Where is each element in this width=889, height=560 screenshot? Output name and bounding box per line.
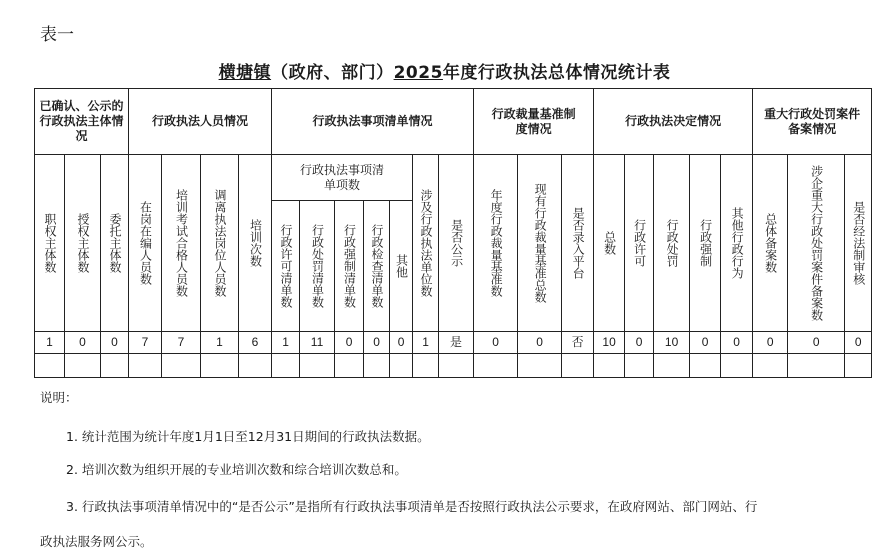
col-header: 涉企重大行政处罚案件备案数	[788, 155, 845, 332]
cell	[654, 354, 690, 378]
col-header: 总体备案数	[753, 155, 788, 332]
cell	[788, 354, 845, 378]
cell	[101, 354, 129, 378]
cell	[129, 354, 162, 378]
col-header: 其他	[390, 201, 413, 332]
cell: 是	[439, 332, 474, 354]
table-label: 表一	[40, 20, 74, 45]
note-item: 2. 培训次数为组织开展的专业培训次数和综合培训次数总和。	[66, 460, 407, 478]
group-enforcement-personnel: 行政执法人员情况	[129, 89, 272, 155]
col-header: 职权主体数	[35, 155, 65, 332]
notes-heading: 说明：	[40, 388, 78, 406]
cell: 1	[201, 332, 239, 354]
col-header: 培训考试合格人员数	[162, 155, 201, 332]
cell: 否	[562, 332, 594, 354]
cell: 10	[654, 332, 690, 354]
cell: 0	[335, 332, 364, 354]
document-title: 横塘镇（政府、部门）2025年度行政执法总体情况统计表	[0, 58, 889, 83]
col-header: 是否录入平台	[562, 155, 594, 332]
title-suffix: 年度行政执法总体情况统计表	[443, 63, 671, 83]
cell	[562, 354, 594, 378]
cell: 0	[721, 332, 753, 354]
group-enforcement-decisions: 行政执法决定情况	[594, 89, 753, 155]
col-header: 行政处罚	[654, 155, 690, 332]
cell	[364, 354, 390, 378]
col-header: 授权主体数	[65, 155, 101, 332]
cell: 0	[845, 332, 872, 354]
data-row: 1 0 0 7 7 1 6 1 11 0 0 0 1 是 0 0 否 10 0 …	[35, 332, 872, 354]
cell: 7	[162, 332, 201, 354]
group-major-penalty-filing: 重大行政处罚案件备案情况	[753, 89, 872, 155]
sub-header-row: 职权主体数 授权主体数 委托主体数 在岗在编人员数 培训考试合格人员数 调离执法…	[35, 155, 872, 201]
cell: 0	[474, 332, 518, 354]
cell	[413, 354, 439, 378]
cell: 0	[390, 332, 413, 354]
cell: 0	[753, 332, 788, 354]
col-header: 是否经法制审核	[845, 155, 872, 332]
col-header: 年度行政裁量基准数	[474, 155, 518, 332]
cell: 11	[300, 332, 335, 354]
cell: 0	[788, 332, 845, 354]
cell: 0	[518, 332, 562, 354]
cell: 0	[65, 332, 101, 354]
empty-row	[35, 354, 872, 378]
cell	[390, 354, 413, 378]
col-header: 现有行政裁量基准总数	[518, 155, 562, 332]
cell	[35, 354, 65, 378]
cell	[272, 354, 300, 378]
cell: 7	[129, 332, 162, 354]
cell	[300, 354, 335, 378]
cell: 0	[364, 332, 390, 354]
note-item: 政执法服务网公示。	[40, 532, 153, 550]
cell: 1	[35, 332, 65, 354]
col-header: 在岗在编人员数	[129, 155, 162, 332]
col-header: 行政强制清单数	[335, 201, 364, 332]
cell: 0	[690, 332, 721, 354]
cell	[594, 354, 625, 378]
col-header: 行政许可	[625, 155, 654, 332]
group-discretion-benchmark: 行政裁量基准制度情况	[474, 89, 594, 155]
col-header: 行政处罚清单数	[300, 201, 335, 332]
col-header: 委托主体数	[101, 155, 129, 332]
cell	[721, 354, 753, 378]
cell	[474, 354, 518, 378]
cell	[201, 354, 239, 378]
cell: 0	[101, 332, 129, 354]
cell	[690, 354, 721, 378]
col-header: 涉及行政执法单位数	[413, 155, 439, 332]
cell	[162, 354, 201, 378]
title-middle: （政府、部门）	[271, 63, 394, 83]
cell	[239, 354, 272, 378]
col-header: 其他行政行为	[721, 155, 753, 332]
cell	[439, 354, 474, 378]
group-header-row: 已确认、公示的行政执法主体情况 行政执法人员情况 行政执法事项清单情况 行政裁量…	[35, 89, 872, 155]
title-org: 横塘镇	[219, 63, 272, 83]
cell: 10	[594, 332, 625, 354]
col-header: 调离执法岗位人员数	[201, 155, 239, 332]
cell: 1	[272, 332, 300, 354]
cell	[335, 354, 364, 378]
statistics-table: 已确认、公示的行政执法主体情况 行政执法人员情况 行政执法事项清单情况 行政裁量…	[34, 88, 872, 378]
col-header: 行政强制	[690, 155, 721, 332]
note-item: 1. 统计范围为统计年度1月1日至12月31日期间的行政执法数据。	[66, 427, 430, 445]
cell	[518, 354, 562, 378]
cell	[845, 354, 872, 378]
note-item: 3. 行政执法事项清单情况中的“是否公示”是指所有行政执法事项清单是否按照行政执…	[66, 497, 757, 515]
col-header: 总数	[594, 155, 625, 332]
group-enforcement-subjects: 已确认、公示的行政执法主体情况	[35, 89, 129, 155]
cell: 0	[625, 332, 654, 354]
group-matters-list: 行政执法事项清单情况	[272, 89, 474, 155]
col-header: 行政许可清单数	[272, 201, 300, 332]
cell	[65, 354, 101, 378]
subgroup-matters-count: 行政执法事项清单项数	[272, 155, 413, 201]
cell: 6	[239, 332, 272, 354]
col-header: 行政检查清单数	[364, 201, 390, 332]
col-header: 培训次数	[239, 155, 272, 332]
cell	[625, 354, 654, 378]
cell	[753, 354, 788, 378]
cell: 1	[413, 332, 439, 354]
col-header: 是否公示	[439, 155, 474, 332]
title-year: 2025	[394, 63, 443, 83]
